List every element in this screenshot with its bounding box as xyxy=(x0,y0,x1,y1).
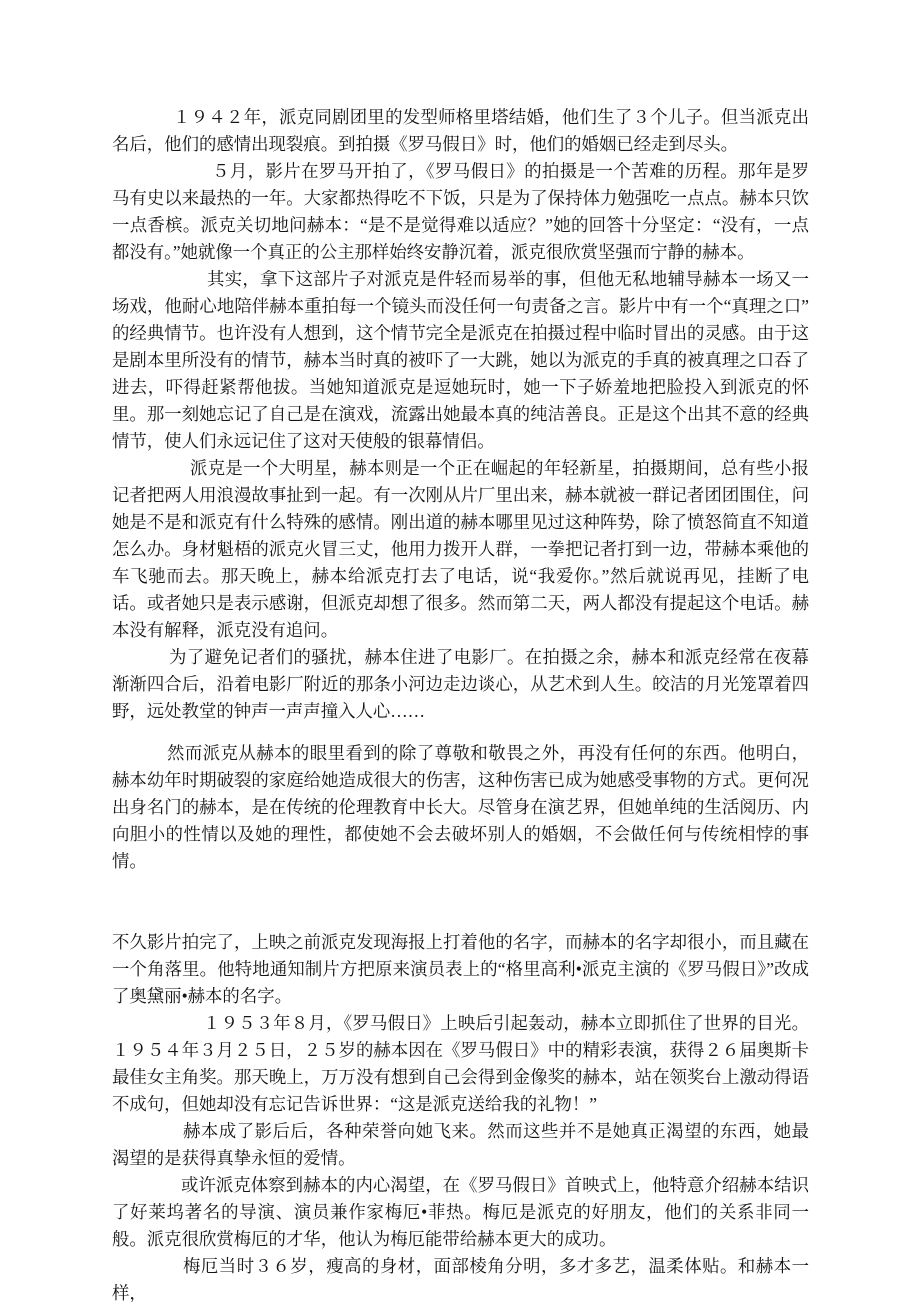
paragraph: 为了避免记者们的骚扰，赫本住进了电影厂。在拍摄之余，赫本和派克经常在夜幕渐渐四合… xyxy=(112,644,809,725)
paragraph: 赫本成了影后后，各种荣誉向她飞来。然而这些并不是她真正渴望的东西，她最渴望的是获… xyxy=(112,1118,809,1172)
document-page: １９４２年，派克同剧团里的发型师格里塔结婚，他们生了３个儿子。但当派克出名后，他… xyxy=(0,0,920,1302)
paragraph: 其实，拿下这部片子对派克是件轻而易举的事，但他无私地辅导赫本一场又一场戏，他耐心… xyxy=(112,266,809,455)
paragraph: 派克是一个大明星，赫本则是一个正在崛起的年轻新星，拍摄期间，总有些小报记者把两人… xyxy=(112,455,809,644)
paragraph: 然而派克从赫本的眼里看到的除了尊敬和敬畏之外，再没有任何的东西。他明白，赫本幼年… xyxy=(112,740,809,875)
paragraph: 梅厄当时３６岁，瘦高的身材，面部棱角分明，多才多艺，温柔体贴。和赫本一样， xyxy=(112,1253,809,1302)
paragraph: ５月，影片在罗马开拍了，《罗马假日》的拍摄是一个苦难的历程。那年是罗马有史以来最… xyxy=(112,158,809,266)
paragraph: １９５３年８月，《罗马假日》上映后引起轰动，赫本立即抓住了世界的目光。１９５４年… xyxy=(112,1010,809,1118)
document-body: １９４２年，派克同剧团里的发型师格里塔结婚，他们生了３个儿子。但当派克出名后，他… xyxy=(112,104,809,1302)
paragraph: 或许派克体察到赫本的内心渴望，在《罗马假日》首映式上，他特意介绍赫本结识了好莱坞… xyxy=(112,1172,809,1253)
paragraph: １９４２年，派克同剧团里的发型师格里塔结婚，他们生了３个儿子。但当派克出名后，他… xyxy=(112,104,809,158)
paragraph: 不久影片拍完了，上映之前派克发现海报上打着他的名字，而赫本的名字却很小，而且藏在… xyxy=(112,929,809,1010)
